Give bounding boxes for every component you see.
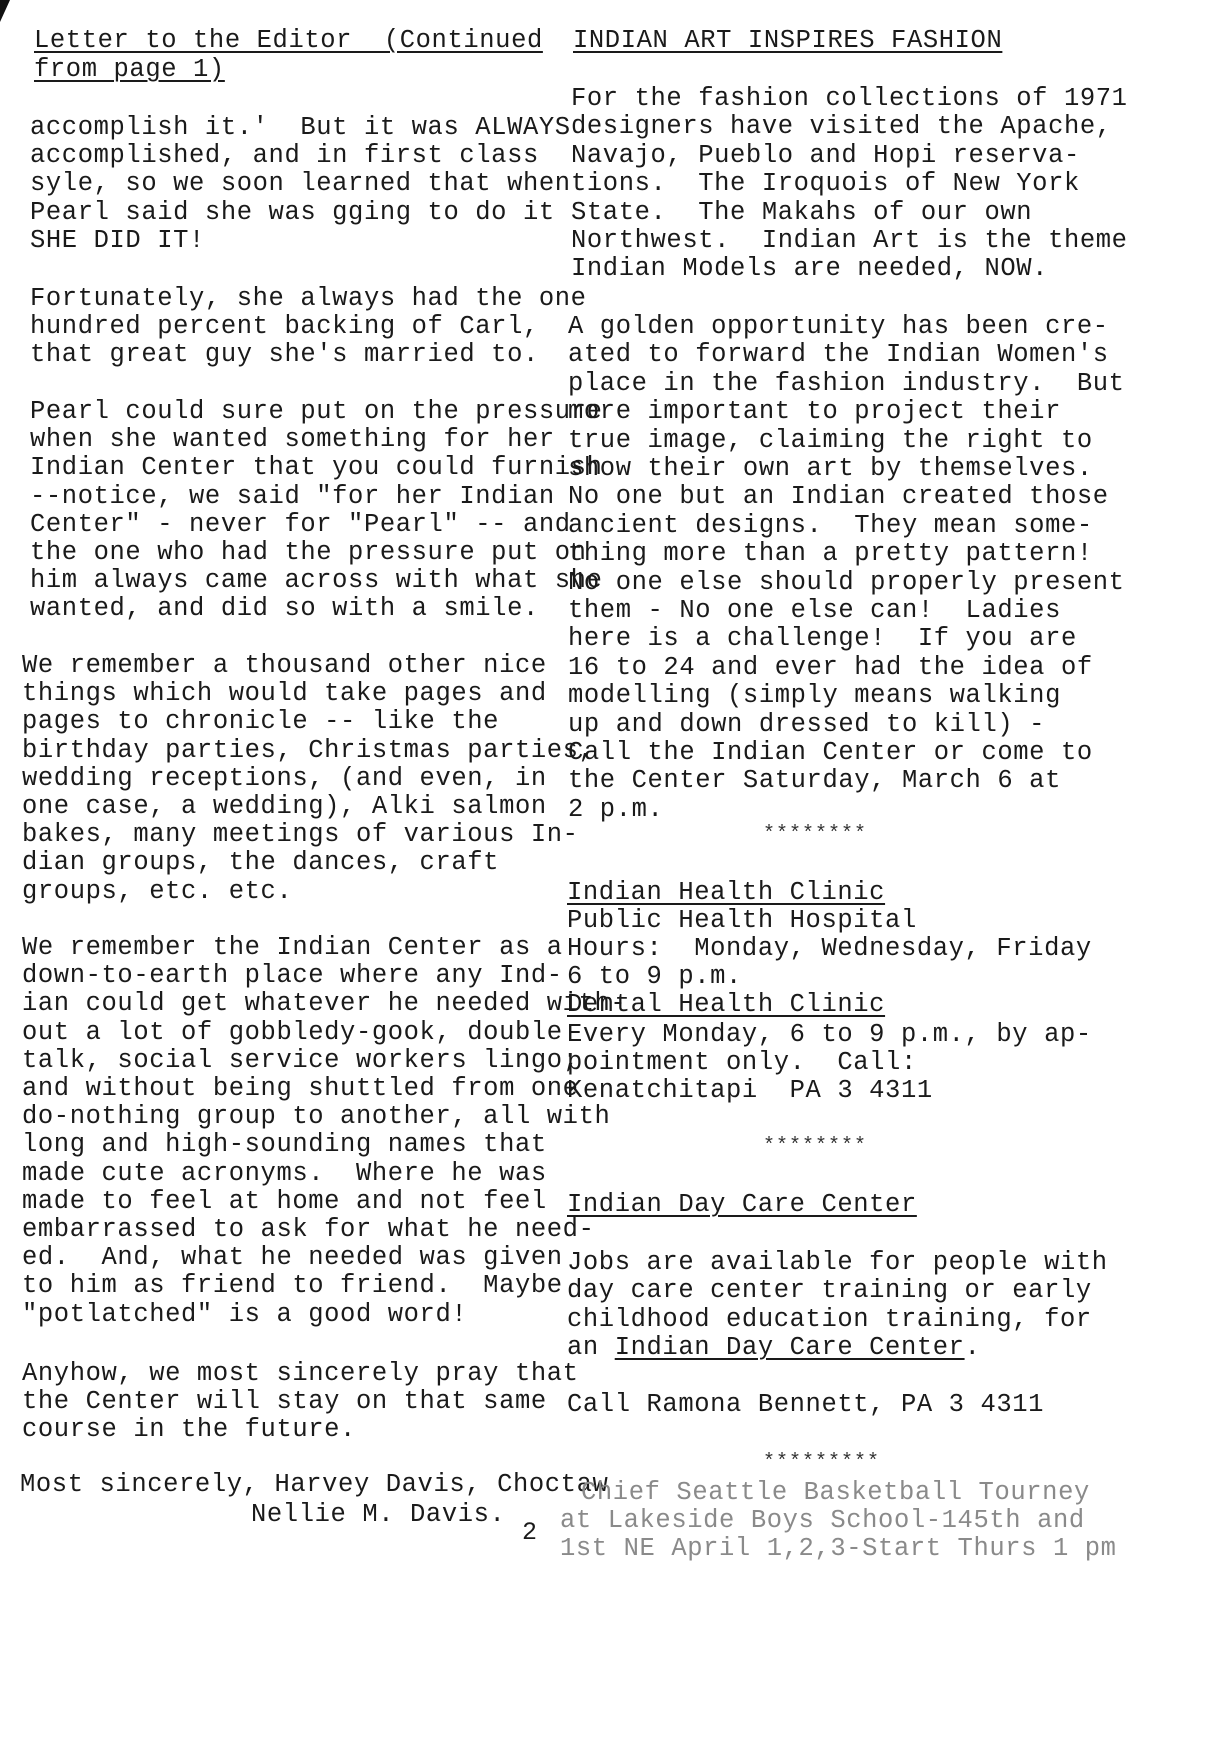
- fashion-paragraph-1-line: tions. The Iroquois of New York: [571, 169, 1080, 199]
- letter-paragraph-5-line: made cute acronyms. Where he was: [22, 1159, 547, 1189]
- letter-paragraph-1-line: SHE DID IT!: [30, 226, 205, 256]
- letter-paragraph-1-line: Pearl said she was gging to do it: [30, 198, 555, 228]
- dental-clinic-line: Kenatchitapi PA 3 4311: [567, 1076, 933, 1106]
- letter-paragraph-5-line: to him as friend to friend. Maybe: [22, 1271, 563, 1301]
- letter-paragraph-5-line: out a lot of gobbledy-gook, double: [22, 1018, 563, 1048]
- letter-paragraph-5-line: long and high-sounding names that: [22, 1130, 547, 1160]
- letter-paragraph-5-line: ed. And, what he needed was given: [22, 1243, 563, 1273]
- fashion-paragraph-2-line: 16 to 24 and ever had the idea of: [568, 653, 1093, 683]
- fashion-paragraph-2-line: here is a challenge! If you are: [568, 624, 1077, 654]
- letter-paragraph-3-line: Indian Center that you could furnish: [30, 453, 603, 483]
- letter-paragraph-3-line: wanted, and did so with a smile.: [30, 594, 539, 624]
- fashion-paragraph-2-line: show their own art by themselves.: [568, 454, 1093, 484]
- fashion-paragraph-1-line: State. The Makahs of our own: [571, 198, 1032, 228]
- fashion-paragraph-1-line: Navajo, Pueblo and Hopi reserva-: [571, 141, 1080, 171]
- fashion-paragraph-2-line: more important to project their: [568, 397, 1061, 427]
- fashion-paragraph-2-line: ated to forward the Indian Women's: [568, 340, 1109, 370]
- letter-paragraph-2-line: Fortunately, she always had the one: [30, 284, 587, 314]
- dental-clinic-line: pointment only. Call:: [567, 1048, 917, 1078]
- letter-paragraph-3-line: Pearl could sure put on the pressure: [30, 397, 603, 427]
- health-clinic-heading: Indian Health Clinic: [567, 878, 885, 908]
- fashion-paragraph-2-line: ancient designs. They mean some-: [568, 511, 1093, 541]
- fashion-paragraph-1-line: designers have visited the Apache,: [571, 112, 1112, 142]
- letter-paragraph-2-line: that great guy she's married to.: [30, 340, 539, 370]
- health-clinic-line: Hours: Monday, Wednesday, Friday: [567, 934, 1092, 964]
- page-number: 2: [522, 1518, 537, 1547]
- day-care-line: childhood education training, for: [567, 1305, 1092, 1335]
- letter-paragraph-4-line: one case, a wedding), Alki salmon: [22, 792, 547, 822]
- letter-paragraph-5-line: made to feel at home and not feel: [22, 1187, 547, 1217]
- basketball-line-1: Chief Seattle Basketball Tourney: [581, 1478, 1090, 1508]
- day-care-heading: Indian Day Care Center: [567, 1190, 917, 1220]
- letter-paragraph-1-line: accomplished, and in first class: [30, 141, 539, 171]
- day-care-last-line: an Indian Day Care Center.: [567, 1333, 980, 1363]
- dental-clinic-heading: Dental Health Clinic: [567, 990, 885, 1020]
- basketball-line-2: at Lakeside Boys School-145th and: [560, 1506, 1085, 1536]
- letter-paragraph-4-line: bakes, many meetings of various In-: [22, 820, 579, 850]
- day-care-last-prefix: an: [567, 1333, 615, 1362]
- day-care-line: day care center training or early: [567, 1276, 1092, 1306]
- separator-stars-1: ********: [763, 820, 867, 850]
- letter-heading-line1: Letter to the Editor (Continued: [34, 26, 543, 56]
- day-care-name-underlined: Indian Day Care Center: [615, 1333, 965, 1362]
- fashion-paragraph-2-line: modelling (simply means walking: [568, 681, 1061, 711]
- letter-paragraph-3-line: him always came across with what she: [30, 566, 603, 596]
- letter-paragraph-5-line: down-to-earth place where any Ind-: [22, 961, 563, 991]
- fashion-paragraph-1-line: Indian Models are needed, NOW.: [571, 254, 1048, 284]
- separator-stars-2: ********: [763, 1132, 867, 1162]
- letter-paragraph-5-line: embarrassed to ask for what he need-: [22, 1215, 595, 1245]
- fashion-heading: INDIAN ART INSPIRES FASHION: [573, 26, 1002, 56]
- fashion-paragraph-2-line: the Center Saturday, March 6 at: [568, 766, 1061, 796]
- separator-stars-3: *********: [763, 1448, 880, 1478]
- fashion-paragraph-1-line: Northwest. Indian Art is the theme: [571, 226, 1128, 256]
- day-care-last-suffix: .: [965, 1333, 981, 1362]
- letter-paragraph-5-line: talk, social service workers lingo;: [22, 1046, 579, 1076]
- letter-paragraph-6-line: the Center will stay on that same: [22, 1387, 547, 1417]
- letter-paragraph-3-line: when she wanted something for her: [30, 425, 555, 455]
- letter-heading-line2: from page 1): [34, 55, 225, 85]
- letter-paragraph-4-line: wedding receptions, (and even, in: [22, 764, 547, 794]
- letter-paragraph-4-line: birthday parties, Christmas parties,: [22, 736, 595, 766]
- fashion-paragraph-2-line: up and down dressed to kill) -: [568, 710, 1045, 740]
- fashion-paragraph-2-line: them - No one else can! Ladies: [568, 596, 1061, 626]
- letter-paragraph-4-line: things which would take pages and: [22, 679, 547, 709]
- letter-paragraph-1-line: accomplish it.' But it was ALWAYS: [30, 113, 571, 143]
- signature-line-1: Most sincerely, Harvey Davis, Choctaw: [20, 1470, 608, 1500]
- fashion-paragraph-2-line: No one but an Indian created those: [568, 482, 1109, 512]
- health-clinic-line: Public Health Hospital: [567, 906, 917, 936]
- letter-paragraph-3-line: --notice, we said "for her Indian: [30, 482, 555, 512]
- fashion-paragraph-2-line: 2 p.m.: [568, 795, 663, 825]
- fashion-paragraph-2-line: thing more than a pretty pattern!: [568, 539, 1093, 569]
- letter-paragraph-5-line: "potlatched" is a good word!: [22, 1300, 467, 1330]
- fashion-paragraph-2-line: true image, claiming the right to: [568, 426, 1093, 456]
- fashion-paragraph-2-line: A golden opportunity has been cre-: [568, 312, 1109, 342]
- letter-paragraph-3-line: Center" - never for "Pearl" -- and: [30, 510, 571, 540]
- letter-paragraph-1-line: syle, so we soon learned that when: [30, 169, 571, 199]
- letter-paragraph-6-line: course in the future.: [22, 1415, 356, 1445]
- fashion-paragraph-1-line: For the fashion collections of 1971: [571, 84, 1128, 114]
- scan-corner-mark: [0, 0, 10, 22]
- fashion-paragraph-2-line: Call the Indian Center or come to: [568, 738, 1093, 768]
- letter-paragraph-5-line: We remember the Indian Center as a: [22, 933, 563, 963]
- day-care-line: Jobs are available for people with: [567, 1248, 1108, 1278]
- letter-paragraph-2-line: hundred percent backing of Carl,: [30, 312, 539, 342]
- letter-paragraph-4-line: We remember a thousand other nice: [22, 651, 547, 681]
- letter-paragraph-4-line: groups, etc. etc.: [22, 877, 292, 907]
- letter-paragraph-4-line: pages to chronicle -- like the: [22, 707, 499, 737]
- letter-paragraph-5-line: and without being shuttled from one: [22, 1074, 579, 1104]
- letter-paragraph-5-line: ian could get whatever he needed with-: [22, 989, 626, 1019]
- letter-paragraph-3-line: the one who had the pressure put on: [30, 538, 587, 568]
- letter-paragraph-6-line: Anyhow, we most sincerely pray that: [22, 1359, 579, 1389]
- day-care-call: Call Ramona Bennett, PA 3 4311: [567, 1390, 1044, 1420]
- fashion-paragraph-2-line: No one else should properly present: [568, 568, 1125, 598]
- health-clinic-line: 6 to 9 p.m.: [567, 962, 742, 992]
- basketball-line-3: 1st NE April 1,2,3-Start Thurs 1 pm: [560, 1534, 1117, 1564]
- letter-paragraph-4-line: dian groups, the dances, craft: [22, 848, 499, 878]
- dental-clinic-line: Every Monday, 6 to 9 p.m., by ap-: [567, 1020, 1092, 1050]
- fashion-paragraph-2-line: place in the fashion industry. But: [568, 369, 1125, 399]
- signature-line-2: Nellie M. Davis.: [251, 1500, 505, 1530]
- letter-paragraph-5-line: do-nothing group to another, all with: [22, 1102, 610, 1132]
